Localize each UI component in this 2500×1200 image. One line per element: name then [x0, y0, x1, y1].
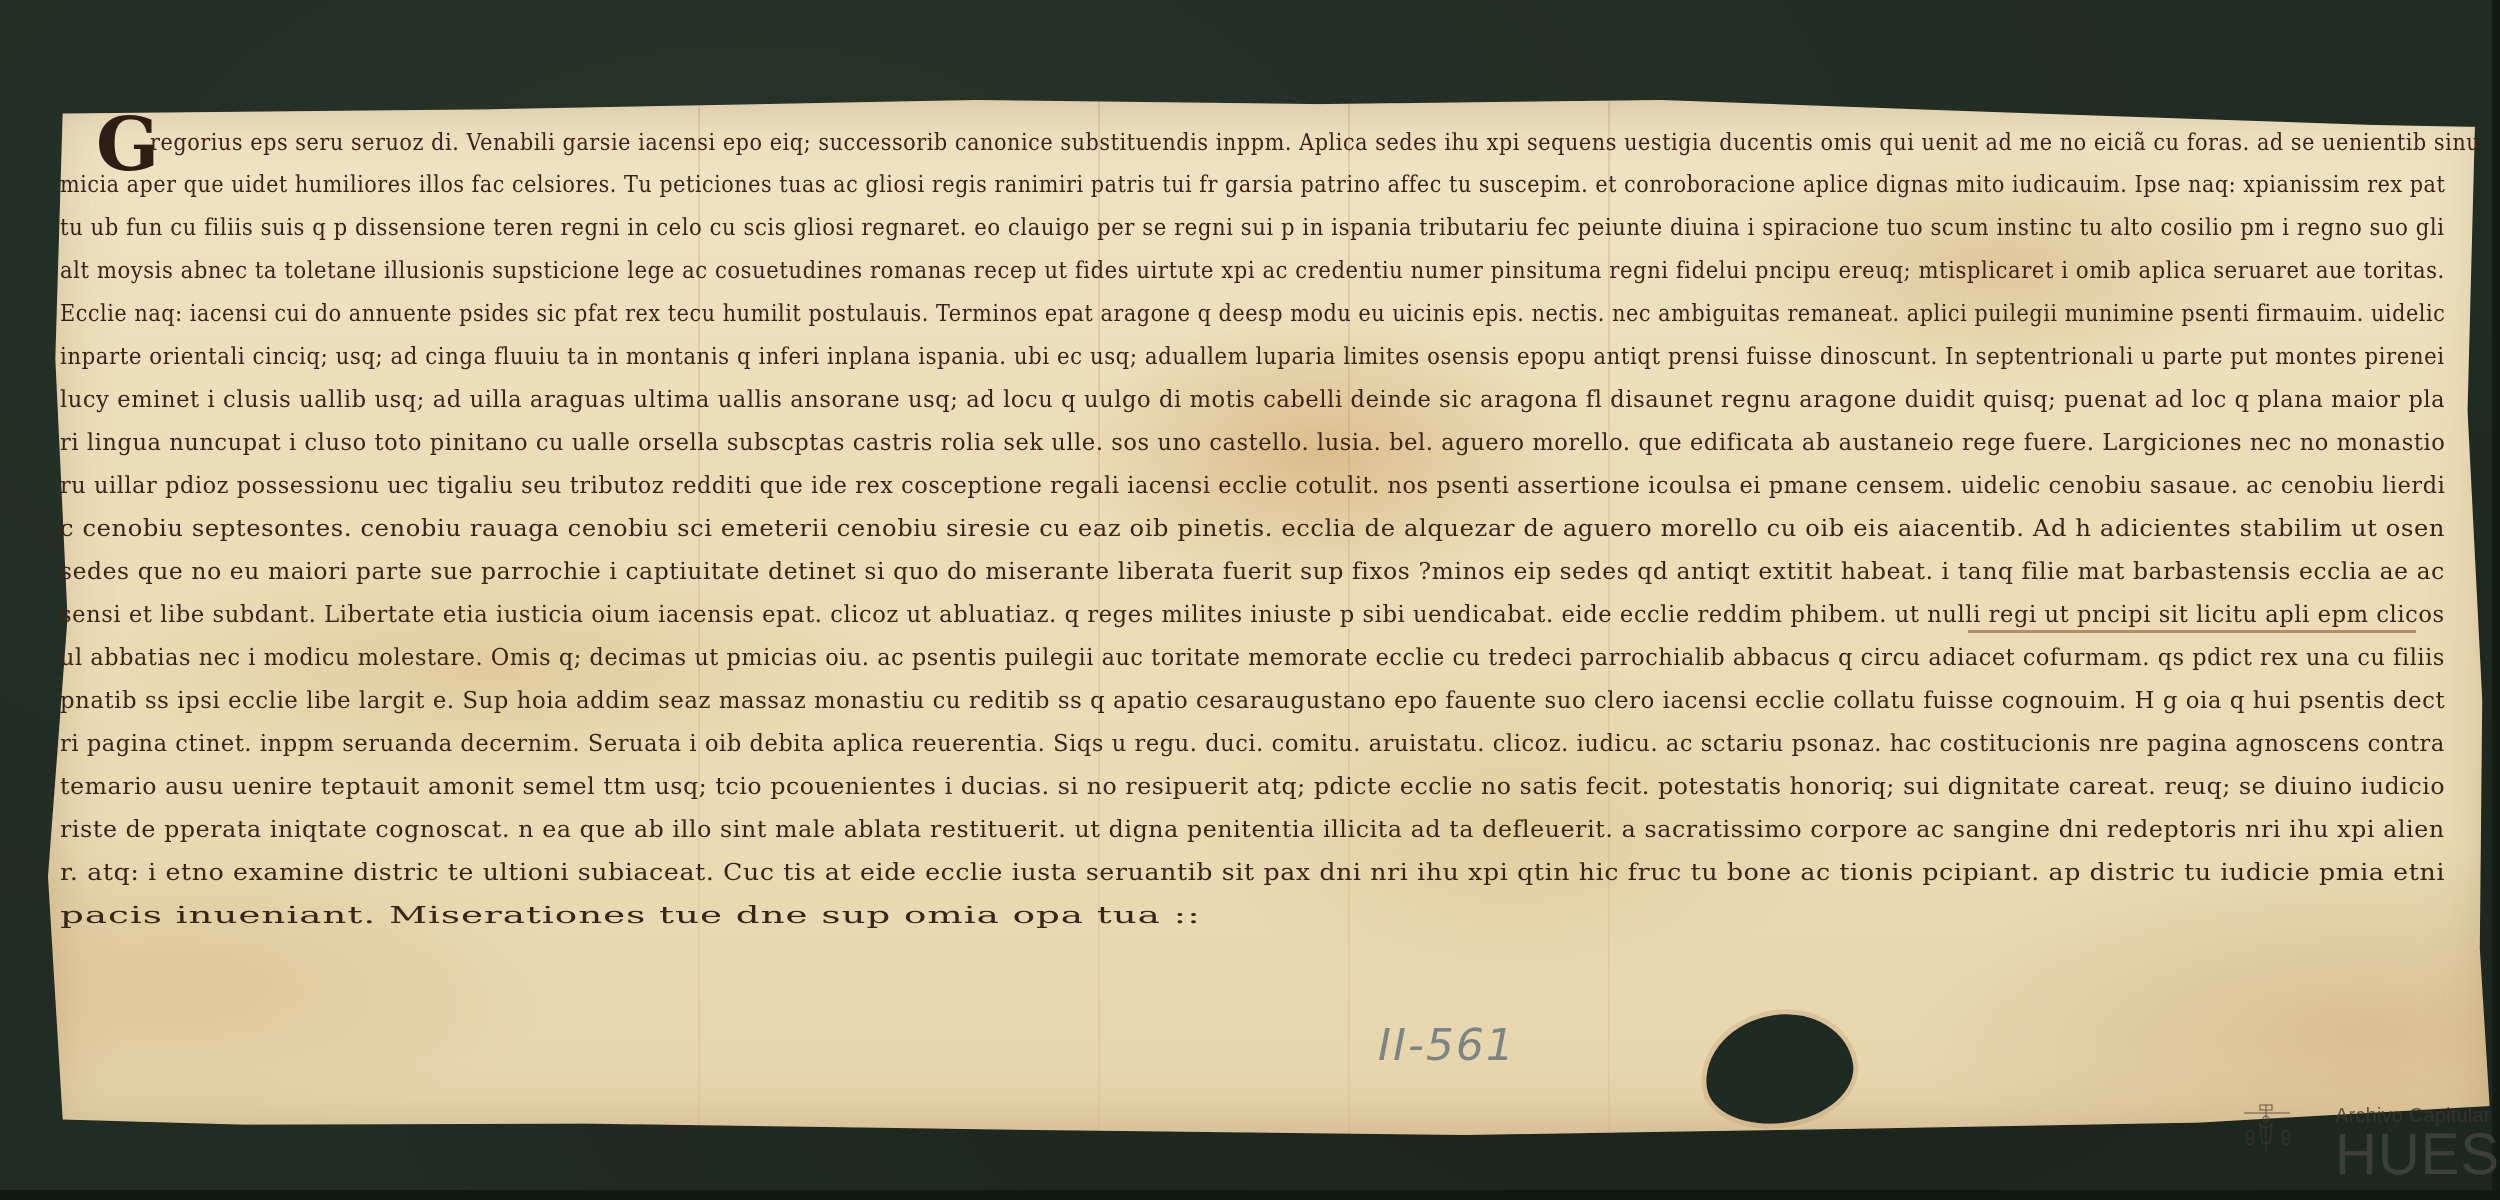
right-frame-edge [2492, 0, 2500, 1200]
text-line-14: pnatib ss ipsi ecclie libe largit e. Sup… [60, 688, 2445, 714]
shelfmark-pencil-note: II-561 [1378, 1020, 1516, 1071]
crucifix-icon [2238, 1103, 2302, 1153]
watermark-city: HUESCA [2335, 1127, 2500, 1183]
text-line-13: ul abbatias nec i modicu molestare. Omis… [60, 645, 2445, 671]
text-line-10: c cenobiu septesontes. cenobiu rauaga ce… [60, 516, 2445, 542]
text-line-17: riste de pperata iniqtate cognoscat. n e… [60, 817, 2445, 843]
text-line-5: Ecclie naq: iacensi cui do annuente psid… [60, 301, 2445, 327]
text-line-4: alt moysis abnec ta toletane illusionis … [60, 258, 2445, 284]
text-line-8: ri lingua nuncupat i cluso toto pinitano… [60, 430, 2445, 456]
text-line-2: micia aper que uidet humiliores illos fa… [60, 172, 2445, 198]
underline-rule [1968, 630, 2416, 633]
text-line-7: lucy eminet i clusis uallib usq; ad uill… [60, 387, 2445, 413]
text-line-16: temario ausu uenire teptauit amonit seme… [60, 774, 2445, 800]
text-line-18: r. atq: i etno examine distric te ultion… [60, 860, 2445, 886]
archive-watermark: Archivo Capitular HUESCA [2335, 1105, 2500, 1183]
text-line-15: ri pagina ctinet. inppm seruanda decerni… [60, 731, 2445, 757]
bottom-frame-edge [0, 1190, 2500, 1200]
text-line-6: inparte orientali cinciq; usq; ad cinga … [60, 344, 2445, 370]
text-line-11: sedes que no eu maiori parte sue parroch… [60, 559, 2445, 585]
text-line-12: sensi et libe subdant. Libertate etia iu… [60, 602, 2445, 628]
text-line-9: ru uillar pdioz possessionu uec tigaliu … [60, 473, 2445, 499]
text-line-1: regorius eps seru seruoz di. Venabili ga… [150, 130, 2480, 156]
text-line-3: tu ub fun cu filiis suis q p dissensione… [60, 215, 2445, 241]
text-line-19: pacis inueniant. Miserationes tue dne su… [60, 903, 1201, 929]
